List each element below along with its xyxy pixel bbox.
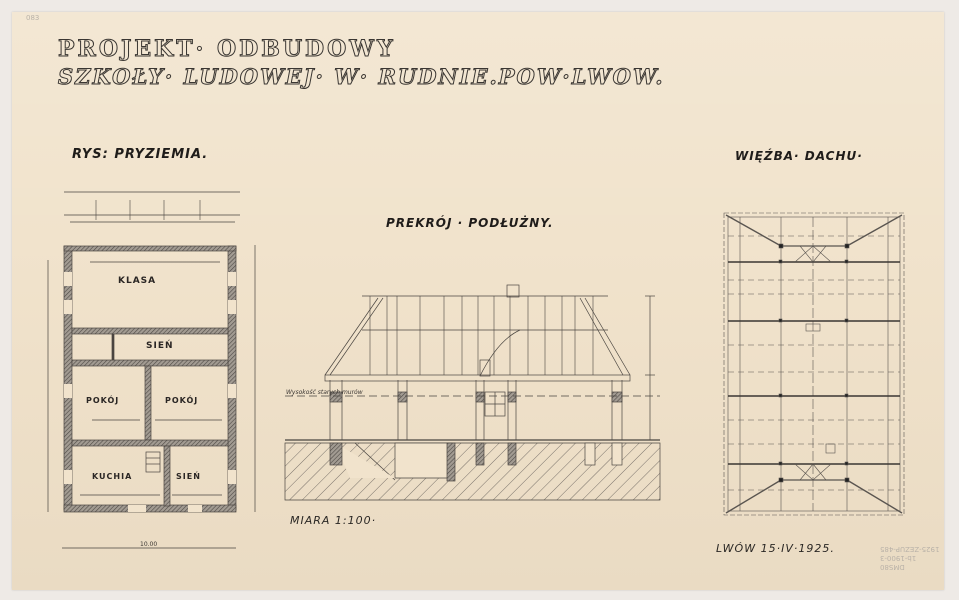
room-label-pokoj-1: POKÓJ [86, 396, 119, 405]
pencil-mark-2: 1b-1900-3 [880, 553, 939, 562]
overall-width-dimension: 10.00 [140, 541, 157, 548]
room-label-pokoj-2: POKÓJ [165, 396, 198, 405]
room-label-kuchia: KUCHIA [92, 472, 132, 481]
pencil-mark-3: 1925-ZEZUP-485 [880, 544, 939, 553]
room-label-sien-2: SIEŃ [176, 472, 201, 481]
technical-drawings: 10.00 [0, 0, 959, 600]
room-label-sien-1: SIEŃ [146, 341, 174, 351]
floor-plan [48, 192, 255, 548]
pencil-archive-mark: DMS80 1b-1900-3 1925-ZEZUP-485 [880, 544, 939, 571]
room-label-klasa: KLASA [118, 276, 156, 286]
roof-truss-plan [724, 213, 904, 515]
pencil-mark-1: DMS80 [880, 562, 939, 571]
scale-label: MIARA 1:100· [290, 514, 376, 527]
place-date-label: LWÓW 15·IV·1925. [716, 542, 835, 555]
old-walls-annotation: Wysokość starych murów [286, 389, 363, 396]
